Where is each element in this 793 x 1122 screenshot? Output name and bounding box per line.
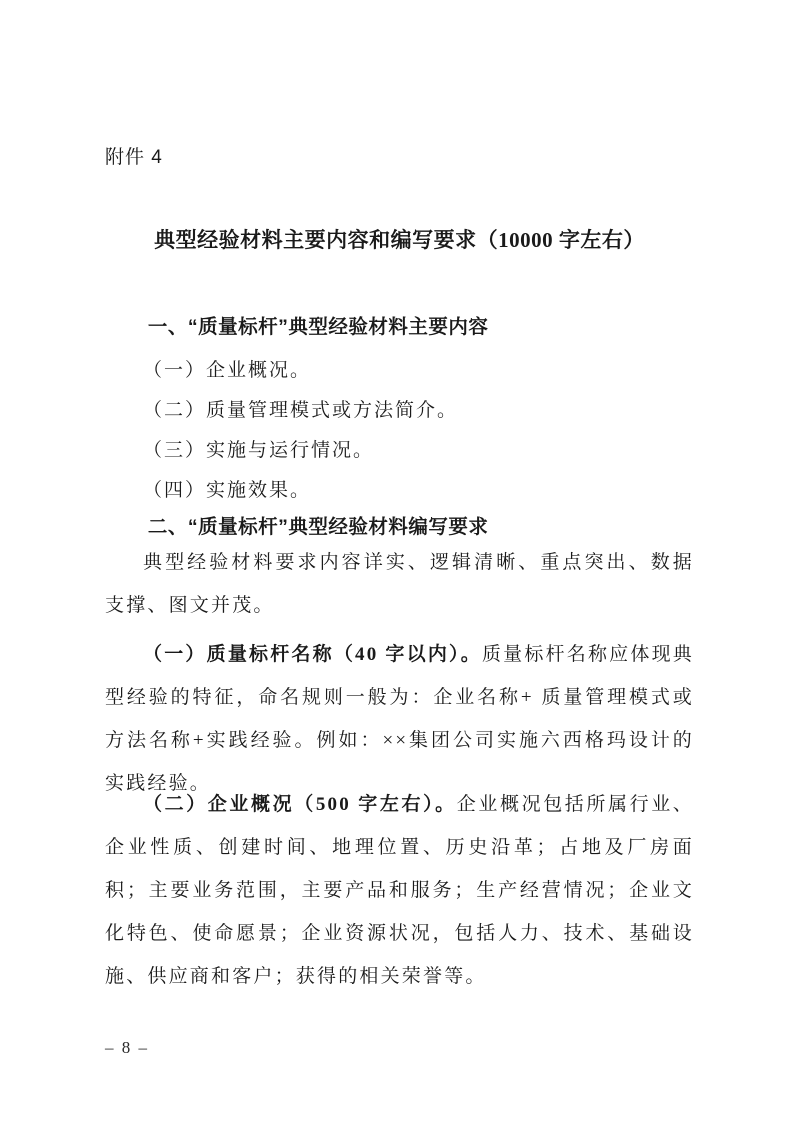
- section-1-item-4: （四）实施效果。: [105, 478, 694, 504]
- paragraph-2-lead: （二）企业概况（500 字左右）。: [143, 794, 457, 815]
- section-1-item-2: （二）质量管理模式或方法简介。: [105, 398, 694, 424]
- paragraph-1-lead: （一）质量标杆名称（40 字以内）。: [143, 644, 482, 665]
- paragraph-1-body: 质量标杆名称应体现典型经验的特征，命名规则一般为：企业名称+ 质量管理模式或方法…: [105, 644, 694, 794]
- document-title: 典型经验材料主要内容和编写要求（10000 字左右）: [105, 226, 694, 254]
- document-page: 附件 4 典型经验材料主要内容和编写要求（10000 字左右） 一、“质量标杆”…: [0, 0, 793, 1122]
- section-2-paragraph-2: （二）企业概况（500 字左右）。企业概况包括所属行业、企业性质、创建时间、地理…: [105, 783, 694, 998]
- paragraph-2-body: 企业概况包括所属行业、企业性质、创建时间、地理位置、历史沿革；占地及厂房面积；主…: [105, 794, 694, 987]
- section-1-item-3: （三）实施与运行情况。: [105, 438, 694, 464]
- section-2-heading: 二、“质量标杆”典型经验材料编写要求: [105, 514, 694, 540]
- page-number: – 8 –: [105, 1038, 149, 1058]
- section-1-item-1: （一）企业概况。: [105, 358, 694, 384]
- section-2-intro-paragraph: 典型经验材料要求内容详实、逻辑清晰、重点突出、数据支撑、图文并茂。: [105, 541, 694, 627]
- annex-label: 附件 4: [105, 146, 694, 170]
- section-1-heading: 一、“质量标杆”典型经验材料主要内容: [105, 314, 694, 340]
- section-2-paragraph-1: （一）质量标杆名称（40 字以内）。质量标杆名称应体现典型经验的特征，命名规则一…: [105, 633, 694, 805]
